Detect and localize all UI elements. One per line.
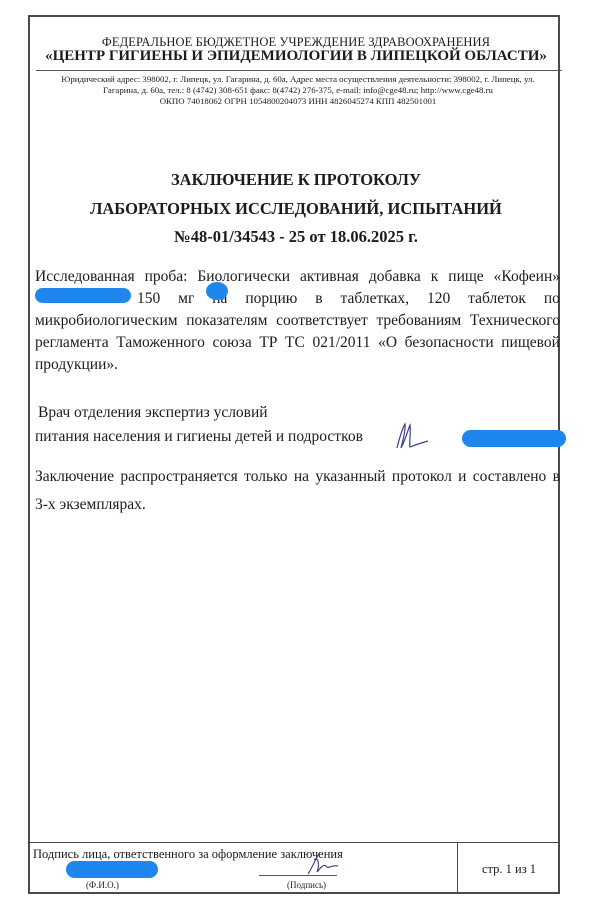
word: активная: [300, 266, 359, 288]
address-line-2: Гагарина, д. 60а, тел.: 8 (4742) 308-651…: [38, 85, 558, 96]
word: распространяется: [120, 466, 237, 488]
word: составлено: [473, 466, 547, 488]
word: по: [544, 288, 560, 310]
conclusion-line-2: 150мгнапорциювтаблетках,120таблетокпо: [35, 288, 560, 310]
word: добавка: [369, 266, 421, 288]
title-line-2: ЛАБОРАТОРНЫХ ИССЛЕДОВАНИЙ, ИСПЫТАНИЙ: [0, 199, 592, 219]
org-name: «ЦЕНТР ГИГИЕНЫ И ЭПИДЕМИОЛОГИИ В ЛИПЕЦКО…: [0, 48, 592, 65]
conclusion-line-4: регламентаТаможенногосоюзаТРТС021/2011«О…: [35, 332, 560, 354]
word: в: [315, 288, 322, 310]
word: указанный: [315, 466, 385, 488]
document-border: [28, 15, 560, 894]
word: мг: [178, 288, 194, 310]
word: регламента: [35, 332, 109, 354]
word: протокол: [392, 466, 452, 488]
redacted-product-name: [35, 288, 131, 303]
conclusion-line-1: Исследованнаяпроба:Биологическиактивнаяд…: [35, 266, 560, 288]
word: пищевой: [501, 332, 560, 354]
word: 021/2011: [312, 332, 370, 354]
word: Исследованная: [35, 266, 135, 288]
word: только: [244, 466, 287, 488]
footer-divider: [28, 842, 560, 843]
word: Технического: [470, 310, 560, 332]
word: к: [431, 266, 439, 288]
header-divider: [36, 70, 562, 71]
word: требованиям: [376, 310, 461, 332]
word: союза: [212, 332, 251, 354]
address-line-1: Юридический адрес: 398002, г. Липецк, ул…: [38, 74, 558, 85]
word: Заключение: [35, 466, 114, 488]
conclusion-line-5: продукции».: [35, 354, 560, 376]
protocol-number: №48-01/34543 - 25 от 18.06.2025 г.: [0, 227, 592, 247]
word: Таможенного: [116, 332, 205, 354]
word: «О: [378, 332, 397, 354]
word: в: [553, 466, 560, 488]
word: таблеток: [468, 288, 526, 310]
signature-icon: [300, 850, 342, 878]
signature-label: (Подпись): [287, 880, 326, 890]
signature-icon: [393, 421, 433, 451]
responsible-label: Подпись лица, ответственного за оформлен…: [33, 847, 343, 862]
word: безопасности: [405, 332, 494, 354]
word: ТР: [259, 332, 277, 354]
word: микробиологическим: [35, 310, 178, 332]
redacted-doctor-name: [462, 430, 566, 447]
signatory-position-1: Врач отделения экспертиз условий: [38, 402, 563, 424]
conclusion-line-2-text: 150мгнапорциювтаблетках,120таблетокпо: [137, 288, 560, 310]
address-line-3: ОКПО 74018062 ОГРН 1054800204073 ИНН 482…: [38, 96, 558, 107]
redaction-mark: [206, 282, 228, 300]
redacted-responsible-name: [66, 861, 158, 878]
note-line-2: 3-х экземплярах.: [35, 494, 560, 516]
word: и: [458, 466, 466, 488]
word: соответствует: [276, 310, 368, 332]
word: «Кофеин»: [494, 266, 560, 288]
word: пище: [448, 266, 483, 288]
word: 120: [427, 288, 450, 310]
page-number: стр. 1 из 1: [482, 862, 536, 877]
footer-column-divider: [457, 842, 458, 894]
word: таблетках,: [341, 288, 410, 310]
word: 150: [137, 288, 160, 310]
conclusion-paragraph: Исследованнаяпроба:Биологическиактивнаяд…: [35, 266, 560, 376]
note-line-1-text: Заключениераспространяетсятольконауказан…: [35, 466, 560, 488]
word: на: [294, 466, 309, 488]
word: показателям: [186, 310, 267, 332]
word: ТС: [285, 332, 305, 354]
note-line-1: Заключениераспространяетсятольконауказан…: [35, 466, 560, 488]
address-block: Юридический адрес: 398002, г. Липецк, ул…: [38, 74, 558, 107]
conclusion-line-3: микробиологическимпоказателямсоответству…: [35, 310, 560, 332]
word: порцию: [245, 288, 297, 310]
fio-label: (Ф.И.О.): [86, 880, 119, 890]
title-line-1: ЗАКЛЮЧЕНИЕ К ПРОТОКОЛУ: [0, 170, 592, 190]
word: проба:: [145, 266, 188, 288]
